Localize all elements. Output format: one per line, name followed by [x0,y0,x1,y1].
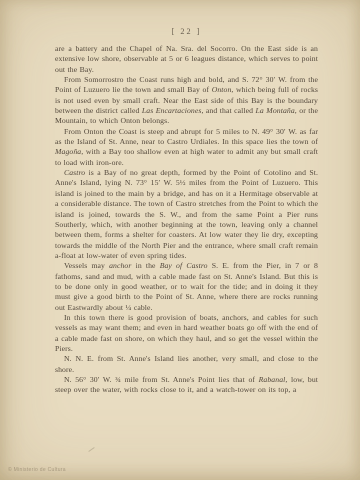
paragraph: In this town there is good provision of … [55,313,318,354]
scanned-page: [ 22 ] are a battery and the Chapel of N… [0,0,360,480]
paragraph: N. 56° 30′ W. ¾ mile from St. Anne's Poi… [55,375,318,396]
paragraph: N. N. E. from St. Anne's Island lies ano… [55,354,318,375]
pencil-mark [88,447,94,452]
text-block: are a battery and the Chapel of Na. Sra.… [55,44,318,396]
paragraph: Vessels may anchor in the Bay of Castro … [55,261,318,313]
page-number: [ 22 ] [55,27,318,36]
paragraph: From Onton the Coast is steep and abrupt… [55,127,318,168]
paragraph: Castro is a Bay of no great depth, forme… [55,168,318,261]
paragraph: From Somorrostro the Coast runs high and… [55,75,318,127]
library-watermark: © Ministerio de Cultura [8,467,66,473]
paragraph: are a battery and the Chapel of Na. Sra.… [55,44,318,75]
